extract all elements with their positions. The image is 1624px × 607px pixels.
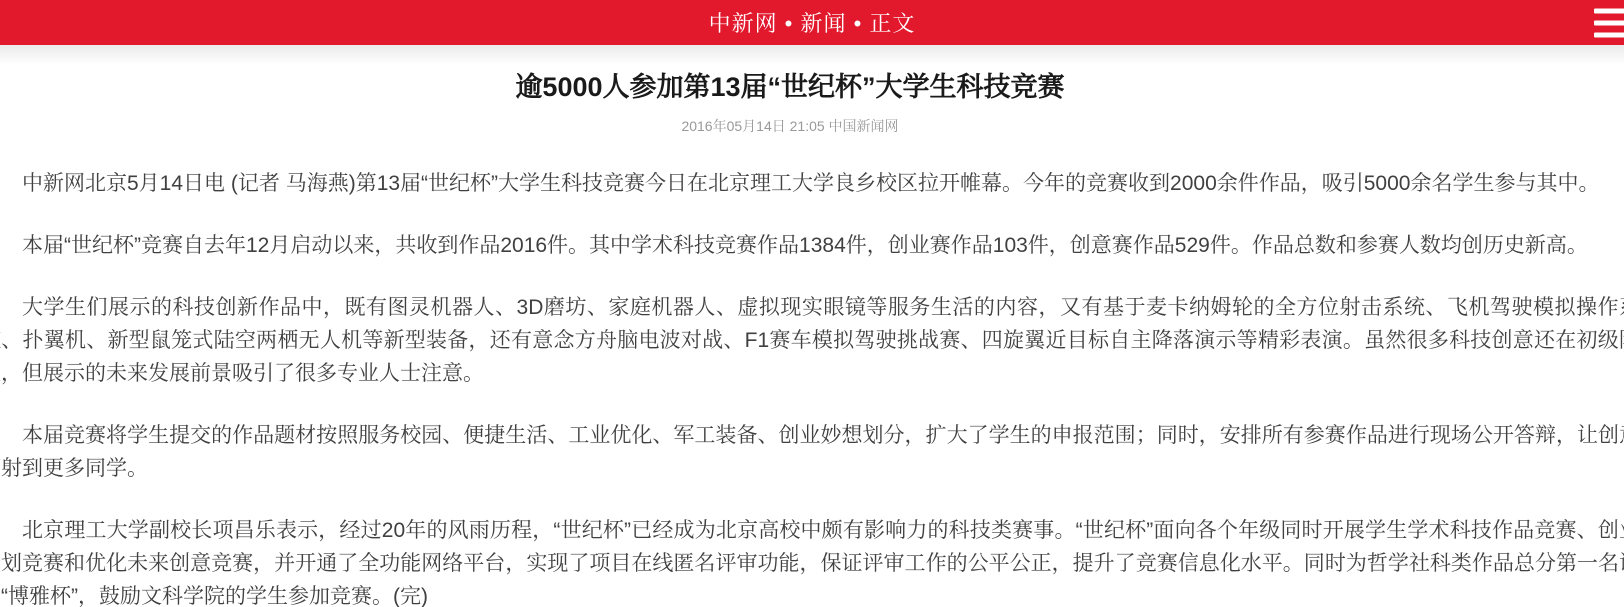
article-meta: 2016年05月14日 21:05 中国新闻网 <box>0 116 1580 136</box>
menu-bar <box>1594 20 1624 25</box>
article-title: 逾5000人参加第13届“世纪杯”大学生科技竞赛 <box>0 65 1580 104</box>
header-shadow <box>0 45 1624 65</box>
menu-bar <box>1594 8 1624 13</box>
menu-bar <box>1594 32 1624 37</box>
article-header: 逾5000人参加第13届“世纪杯”大学生科技竞赛 2016年05月14日 21:… <box>0 65 1580 136</box>
article-paragraph: 本届竞赛将学生提交的作品题材按照服务校园、便捷生活、工业优化、军工装备、创业妙想… <box>0 419 1624 485</box>
hamburger-menu-icon[interactable] <box>1594 1 1624 44</box>
breadcrumb[interactable]: 中新网 • 新闻 • 正文 <box>709 7 916 38</box>
article-body: 中新网北京5月14日电 (记者 马海燕)第13届“世纪杯”大学生科技竞赛今日在北… <box>0 167 1624 607</box>
top-navigation-bar: 中新网 • 新闻 • 正文 <box>0 0 1624 45</box>
article-paragraph: 北京理工大学副校长项昌乐表示，经过20年的风雨历程，“世纪杯”已经成为北京高校中… <box>0 514 1624 607</box>
article-paragraph: 大学生们展示的科技创新作品中，既有图灵机器人、3D磨坊、家庭机器人、虚拟现实眼镜… <box>0 291 1624 390</box>
article-page: 逾5000人参加第13届“世纪杯”大学生科技竞赛 2016年05月14日 21:… <box>0 65 1624 607</box>
article-paragraph: 中新网北京5月14日电 (记者 马海燕)第13届“世纪杯”大学生科技竞赛今日在北… <box>0 167 1624 200</box>
article-paragraph: 本届“世纪杯”竞赛自去年12月启动以来，共收到作品2016件。其中学术科技竞赛作… <box>0 229 1624 262</box>
